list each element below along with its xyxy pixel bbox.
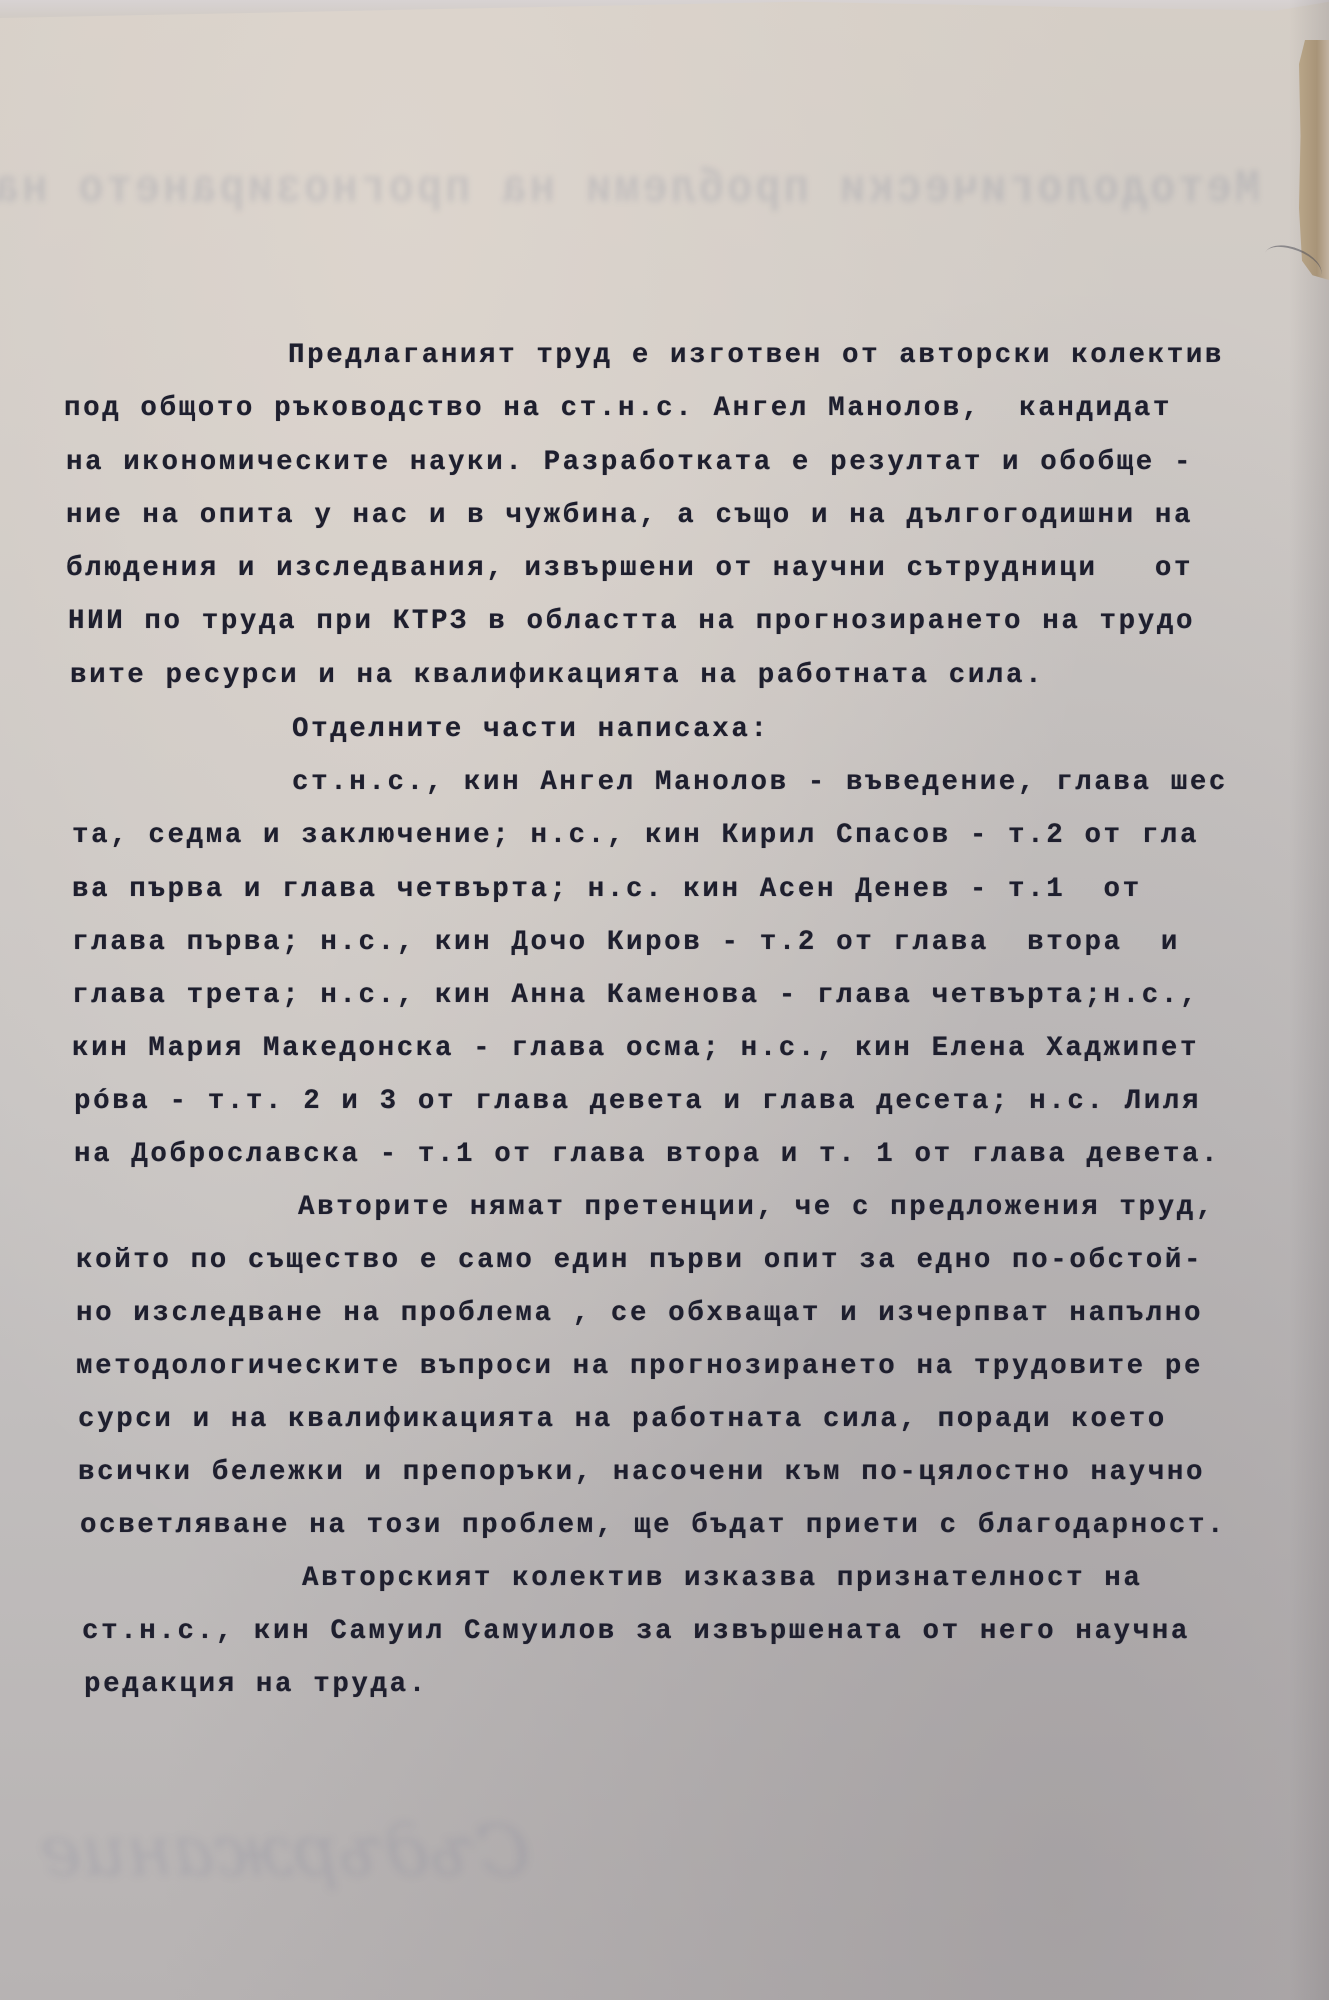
- text-line: рóва - т.т. 2 и 3 от глава девета и глав…: [74, 1086, 1201, 1117]
- typewritten-body: Предлаганият труд е изготвен от авторски…: [0, 0, 1329, 2000]
- text-line: ст.н.с., кин Самуил Самуилов за извършен…: [82, 1616, 1190, 1647]
- text-line: Предлаганият труд е изготвен от авторски…: [288, 340, 1224, 371]
- text-line: глава трета; н.с., кин Анна Каменова - г…: [72, 980, 1199, 1011]
- text-line: блюдения и изследвания, извършени от нау…: [66, 553, 1193, 584]
- paper-page: Методологически проблеми на прогнозиране…: [0, 0, 1329, 2000]
- text-line: глава първа; н.с., кин Дочо Киров - т.2 …: [72, 927, 1180, 958]
- text-line: НИИ по труда при КТРЗ в областта на прог…: [68, 606, 1195, 637]
- text-line: ст.н.с., кин Ангел Манолов - въведение, …: [292, 767, 1228, 798]
- text-line: но изследване на проблема , се обхващат …: [76, 1298, 1203, 1329]
- text-line: осветляване на този проблем, ще бъдат пр…: [80, 1510, 1226, 1541]
- text-line: ва първа и глава четвърта; н.с. кин Асен…: [72, 874, 1142, 905]
- text-line: та, седма и заключение; н.с., кин Кирил …: [72, 820, 1199, 851]
- text-line: ние на опита у нас и в чужбина, а също и…: [66, 500, 1193, 531]
- text-line: методологическите въпроси на прогнозиран…: [76, 1351, 1203, 1382]
- text-line: кин Мария Македонска - глава осма; н.с.,…: [72, 1033, 1199, 1064]
- text-line: който по същество е само един първи опит…: [76, 1245, 1203, 1276]
- text-line: под общото ръководство на ст.н.с. Ангел …: [64, 393, 1172, 424]
- text-line: Авторският колектив изказва признателнос…: [302, 1563, 1143, 1594]
- text-line: вите ресурси и на квалификацията на рабо…: [70, 660, 1044, 691]
- text-line: Авторите нямат претенции, че с предложен…: [298, 1192, 1215, 1223]
- text-line: сурси и на квалификацията на работната с…: [78, 1404, 1167, 1435]
- text-line: на Доброславска - т.1 от глава втора и т…: [74, 1139, 1220, 1170]
- text-line: Отделните части написаха:: [292, 714, 770, 745]
- text-line: на икономическите науки. Разработката е …: [66, 447, 1193, 478]
- text-line: всички бележки и препоръки, насочени към…: [78, 1457, 1205, 1488]
- text-line: редакция на труда.: [84, 1669, 428, 1700]
